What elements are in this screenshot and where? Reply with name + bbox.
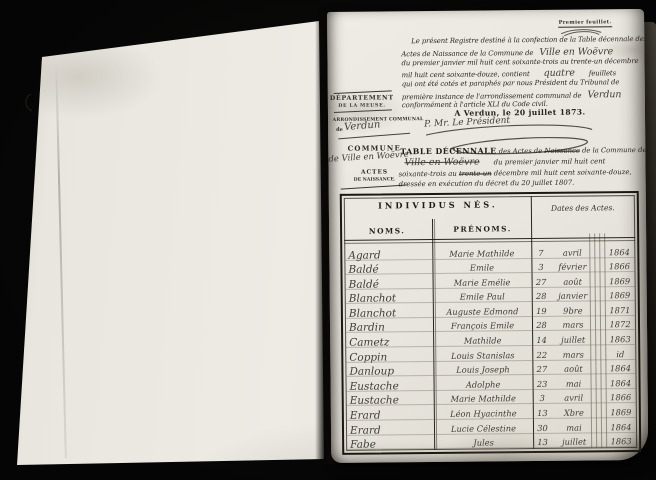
row-day: 13 [534,437,551,447]
preamble-text: Actes de Naissance de la Commune de [401,49,533,58]
title-line-3: soixante-trois au trente-un décembre mil… [399,168,632,178]
title-commune-handwritten: Ville en Woëvre [404,157,479,169]
preamble-text: feuillets [589,69,616,77]
row-year: 1863 [597,334,643,344]
row-prenom: Marie Mathilde [432,248,531,259]
premier-feuillet-stamp: Premier feuillet. [549,19,621,26]
row-day: 7 [532,247,549,257]
title-text: du premier janvier mil huit cent [494,157,606,166]
title-text: de la Commune de [582,146,646,155]
table-header-dates: Dates des Actes. [532,203,634,213]
row-month: février [550,262,594,272]
title-text: des Actes de [499,147,543,155]
stamp-rule [334,90,392,94]
column-header-prenoms: PRÉNOMS. [434,224,531,234]
row-year: 1866 [598,392,644,402]
row-day: 28 [533,320,550,330]
preamble-text: Le présent Registre destiné à la confect… [411,35,647,45]
premier-feuillet-label: Premier feuillet. [559,19,612,28]
row-day: 14 [533,335,550,345]
row-month: 9bre [551,305,595,315]
preamble-line-3: du premier janvier mil huit cent soixant… [401,57,638,67]
title-text: soixante-trois au [399,170,457,179]
table-row: Fabe Jules 13 juillet 1863 [346,433,637,450]
row-prenom: Emile [432,262,531,273]
paper-edge-mark [22,92,34,114]
departement-stamp: DÉPARTEMENT [330,94,394,102]
table-rows: Agard Marie Mathilde 7 avril 1864 Baldé … [344,243,637,450]
row-year: 1869 [597,290,643,300]
stamp-rule [334,109,392,113]
row-prenom: Mathilde [433,335,532,346]
title-line-2: Ville en Woëvredu premier janvier mil hu… [404,155,605,168]
title-struck-word: trente-un [459,169,492,177]
row-prenom: Léon Hyacinthe [434,408,533,419]
row-year: 1866 [596,261,642,271]
row-nom: Fabe [350,439,376,451]
row-prenom: Auguste Edmond [433,306,532,317]
row-prenom: François Emile [433,321,532,332]
preamble-text: qui ont été cotés et paraphés par nous P… [402,78,620,88]
preamble-text: du premier janvier mil huit cent soixant… [401,57,638,67]
row-month: mars [551,349,595,359]
commune-handwritten: Ville en Woëvre [539,46,613,58]
row-month: Xbre [552,407,596,417]
row-month: août [551,276,595,286]
row-year: 1864 [597,363,643,373]
decennial-table: INDIVIDUS NÉS. Dates des Actes. NOMS. PR… [340,191,641,455]
table-header-individus: INDIVIDUS NÉS. [346,199,530,211]
row-day: 23 [534,379,551,389]
column-header-noms: NOMS. [342,226,432,236]
row-year: 1869 [597,276,643,286]
preamble-line-1: Le présent Registre destiné à la confect… [411,35,647,45]
preamble-line-5: qui ont été cotés et paraphés par nous P… [402,78,620,88]
row-prenom: Louis Stanislas [433,350,532,361]
row-month: mai [552,422,596,432]
row-month: avril [552,393,596,403]
row-day: 19 [533,306,550,316]
row-day: 22 [533,349,550,359]
stamp-rule [341,185,407,190]
actes-stamp: ACTES [345,169,405,176]
row-year: id [597,349,643,359]
row-day: 30 [534,422,551,432]
row-month: juillet [552,437,596,447]
title-line-4: dressée en exécution du décret du 20 jui… [399,179,575,189]
dateline: A Verdun, le 20 juillet 1873. [402,107,638,118]
row-day: 27 [533,364,550,374]
row-day: 3 [534,393,551,403]
ville-handwritten: Verdun [587,89,621,100]
row-year: 1864 [598,378,644,388]
row-prenom: Jules [434,437,533,448]
actes-stamp-sub: DE NAISSANCE. [345,177,405,183]
arrondissement-handwritten: Verdun [344,119,381,133]
title-text: décembre mil huit cent soixante-douze, [494,168,632,177]
title-caps: TABLE DÉCENNALE [400,146,496,156]
arrondissement-de-label: de [336,127,343,133]
register-right-page: Premier feuillet. Le présent Registre de… [327,9,648,463]
row-prenom: Marie Emélie [433,277,532,288]
row-prenom: Emile Paul [433,291,532,302]
handwritten-underline [338,133,410,140]
row-day: 13 [534,408,551,418]
row-month: juillet [551,334,595,344]
row-month: mai [552,378,596,388]
row-year: 1872 [597,319,643,329]
register-photo: Premier feuillet. Le présent Registre de… [0,0,656,480]
row-year: 1863 [598,436,644,446]
row-year: 1869 [598,407,644,417]
row-day: 3 [532,262,549,272]
title-line-1: TABLE DÉCENNALE des Actes de Naissance d… [400,145,646,156]
row-month: août [551,364,595,374]
row-month: janvier [551,291,595,301]
row-prenom: Adolphe [434,379,533,390]
title-struck-word: Naissance [544,147,579,155]
row-year: 1864 [598,421,644,431]
feuillet-count-handwritten: quatre [544,68,575,79]
row-year: 1871 [597,305,643,315]
departement-stamp-sub: DE LA MEUSE. [330,102,394,109]
row-month: mars [551,320,595,330]
row-day: 27 [533,277,550,287]
row-month: avril [550,247,594,257]
preamble-text: mil huit cent soixante-douze, contient [402,70,530,79]
row-prenom: Marie Mathilde [434,393,533,404]
row-prenom: Lucie Célestine [434,423,533,434]
row-prenom: Louis Joseph [433,364,532,375]
row-year: 1864 [596,247,642,257]
row-day: 28 [533,291,550,301]
